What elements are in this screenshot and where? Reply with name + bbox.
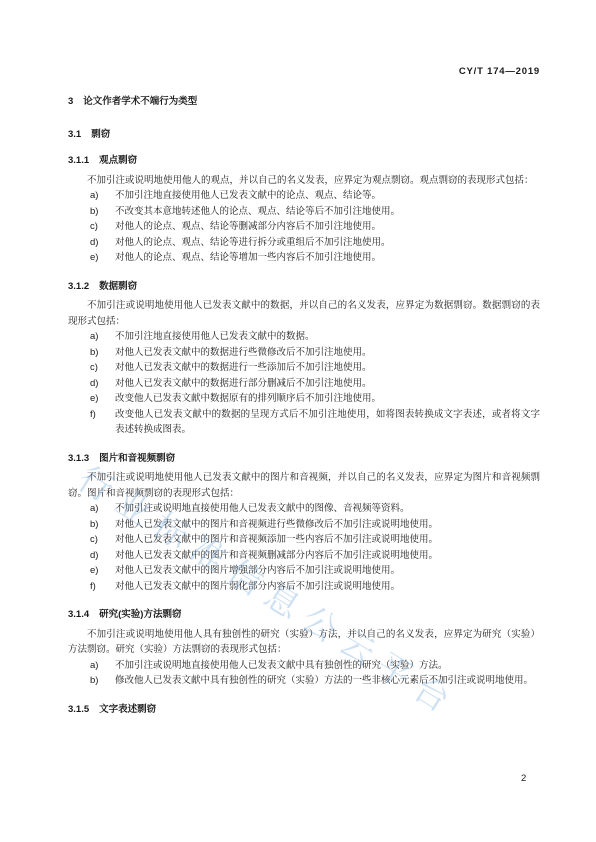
item-label: f) bbox=[90, 579, 115, 595]
subsection-title: 图片和音视频剽窃 bbox=[99, 453, 175, 464]
item-text: 不改变其本意地转述他人的论点、观点、结论等后不加引注地使用。 bbox=[115, 204, 540, 220]
item-label: a) bbox=[90, 658, 115, 674]
item-text: 对他人已发表文献中的图片和音视频添加一些内容后不加引注或说明地使用。 bbox=[115, 532, 540, 548]
item-list: a)不加引注或说明地直接使用他人已发表文献中具有独创性的研究（实验）方法。 b)… bbox=[68, 658, 540, 689]
subsection-number: 3.1.5 bbox=[68, 704, 89, 715]
item-label: b) bbox=[90, 517, 115, 533]
chapter-title: 论文作者学术不端行为类型 bbox=[83, 96, 197, 107]
item-label: d) bbox=[90, 235, 115, 251]
subsection-heading-3-1-2: 3.1.2数据剽窃 bbox=[68, 279, 540, 295]
list-item: b)对他人已发表文献中的数据进行些微修改后不加引注地使用。 bbox=[68, 345, 540, 361]
item-label: d) bbox=[90, 548, 115, 564]
subsection-number: 3.1.1 bbox=[68, 155, 89, 166]
subsection-title: 研究(实验)方法剽窃 bbox=[99, 609, 181, 620]
item-label: b) bbox=[90, 345, 115, 361]
item-list: a)不加引注地直接使用他人已发表文献中的论点、观点、结论等。 b)不改变其本意地… bbox=[68, 188, 540, 266]
subsection-heading-3-1-5: 3.1.5文字表述剽窃 bbox=[68, 702, 540, 718]
chapter-number: 3 bbox=[68, 96, 73, 107]
item-text: 对他人的论点、观点、结论等删减部分内容后不加引注地使用。 bbox=[115, 219, 540, 235]
subsection-number: 3.1.3 bbox=[68, 453, 89, 464]
paragraph: 不加引注或说明地使用他人已发表文献中的数据，并以自己的名义发表，应界定为数据剽窃… bbox=[68, 298, 540, 329]
item-text: 不加引注地直接使用他人已发表文献中的数据。 bbox=[115, 329, 540, 345]
subsection-number: 3.1.4 bbox=[68, 609, 89, 620]
item-text: 对他人已发表文献中的数据进行一些添加后不加引注地使用。 bbox=[115, 360, 540, 376]
list-item: c)对他人的论点、观点、结论等删减部分内容后不加引注地使用。 bbox=[68, 219, 540, 235]
item-text: 不加引注或说明地直接使用他人已发表文献中的图像、音视频等资料。 bbox=[115, 501, 540, 517]
item-text: 改变他人已发表文献中数据原有的排列顺序后不加引注地使用。 bbox=[115, 391, 540, 407]
item-text: 对他人已发表文献中的图片增强部分内容后不加引注或说明地使用。 bbox=[115, 563, 540, 579]
list-item: d)对他人的论点、观点、结论等进行拆分或重组后不加引注地使用。 bbox=[68, 235, 540, 251]
subsection-heading-3-1-4: 3.1.4研究(实验)方法剽窃 bbox=[68, 607, 540, 623]
page-header: CY/T 174—2019 bbox=[459, 64, 540, 79]
list-item: d)对他人已发表文献中的图片和音视频删减部分内容后不加引注或说明地使用。 bbox=[68, 548, 540, 564]
list-item: e)对他人已发表文献中的图片增强部分内容后不加引注或说明地使用。 bbox=[68, 563, 540, 579]
list-item: e)对他人的论点、观点、结论等增加一些内容后不加引注地使用。 bbox=[68, 250, 540, 266]
document-page: CY/T 174—2019 3论文作者学术不端行为类型 3.1剽窃 3.1.1观… bbox=[0, 0, 596, 842]
list-item: f)对他人已发表文献中的图片弱化部分内容后不加引注或说明地使用。 bbox=[68, 579, 540, 595]
item-label: e) bbox=[90, 391, 115, 407]
subsection-heading-3-1-1: 3.1.1观点剽窃 bbox=[68, 153, 540, 169]
chapter-heading: 3论文作者学术不端行为类型 bbox=[68, 94, 540, 110]
list-item: b)对他人已发表文献中的图片和音视频进行些微修改后不加引注或说明地使用。 bbox=[68, 517, 540, 533]
paragraph: 不加引注或说明地使用他人已发表文献中的图片和音视频，并以自己的名义发表，应界定为… bbox=[68, 470, 540, 501]
item-label: a) bbox=[90, 501, 115, 517]
item-label: c) bbox=[90, 532, 115, 548]
item-label: b) bbox=[90, 204, 115, 220]
item-label: a) bbox=[90, 188, 115, 204]
item-label: e) bbox=[90, 250, 115, 266]
item-text: 对他人已发表文献中的图片和音视频删减部分内容后不加引注或说明地使用。 bbox=[115, 548, 540, 564]
list-item: e)改变他人已发表文献中数据原有的排列顺序后不加引注地使用。 bbox=[68, 391, 540, 407]
paragraph: 不加引注或说明地使用他人的观点，并以自己的名义发表，应界定为观点剽窃。观点剽窃的… bbox=[68, 173, 540, 189]
item-label: c) bbox=[90, 219, 115, 235]
document-body: 3论文作者学术不端行为类型 3.1剽窃 3.1.1观点剽窃 不加引注或说明地使用… bbox=[68, 94, 540, 721]
list-item: b)修改他人已发表文献中具有独创性的研究（实验）方法的一些非核心元素后不加引注或… bbox=[68, 673, 540, 689]
item-text: 修改他人已发表文献中具有独创性的研究（实验）方法的一些非核心元素后不加引注或说明… bbox=[115, 673, 540, 689]
section-heading: 3.1剽窃 bbox=[68, 127, 540, 143]
item-text: 对他人已发表文献中的图片和音视频进行些微修改后不加引注或说明地使用。 bbox=[115, 517, 540, 533]
list-item: c)对他人已发表文献中的图片和音视频添加一些内容后不加引注或说明地使用。 bbox=[68, 532, 540, 548]
item-label: c) bbox=[90, 360, 115, 376]
paragraph: 不加引注或说明地使用他人具有独创性的研究（实验）方法，并以自己的名义发表，应界定… bbox=[68, 627, 540, 658]
item-text: 不加引注或说明地直接使用他人已发表文献中具有独创性的研究（实验）方法。 bbox=[115, 658, 540, 674]
item-text: 不加引注地直接使用他人已发表文献中的论点、观点、结论等。 bbox=[115, 188, 540, 204]
list-item: d)对他人已发表文献中的数据进行部分删减后不加引注地使用。 bbox=[68, 376, 540, 392]
section-number: 3.1 bbox=[68, 129, 81, 140]
list-item: b)不改变其本意地转述他人的论点、观点、结论等后不加引注地使用。 bbox=[68, 204, 540, 220]
list-item: a)不加引注地直接使用他人已发表文献中的数据。 bbox=[68, 329, 540, 345]
subsection-heading-3-1-3: 3.1.3图片和音视频剽窃 bbox=[68, 451, 540, 467]
subsection-title: 文字表述剽窃 bbox=[99, 704, 156, 715]
item-text: 对他人已发表文献中的图片弱化部分内容后不加引注或说明地使用。 bbox=[115, 579, 540, 595]
item-label: a) bbox=[90, 329, 115, 345]
list-item: a)不加引注地直接使用他人已发表文献中的论点、观点、结论等。 bbox=[68, 188, 540, 204]
standard-code: CY/T 174—2019 bbox=[459, 66, 540, 77]
item-text: 对他人的论点、观点、结论等增加一些内容后不加引注地使用。 bbox=[115, 250, 540, 266]
item-text: 对他人的论点、观点、结论等进行拆分或重组后不加引注地使用。 bbox=[115, 235, 540, 251]
subsection-number: 3.1.2 bbox=[68, 281, 89, 292]
item-label: d) bbox=[90, 376, 115, 392]
list-item: a)不加引注或说明地直接使用他人已发表文献中的图像、音视频等资料。 bbox=[68, 501, 540, 517]
subsection-title: 数据剽窃 bbox=[99, 281, 137, 292]
item-label: b) bbox=[90, 673, 115, 689]
section-title: 剽窃 bbox=[91, 129, 110, 140]
item-label: f) bbox=[90, 407, 115, 438]
list-item: c)对他人已发表文献中的数据进行一些添加后不加引注地使用。 bbox=[68, 360, 540, 376]
item-list: a)不加引注地直接使用他人已发表文献中的数据。 b)对他人已发表文献中的数据进行… bbox=[68, 329, 540, 438]
subsection-title: 观点剽窃 bbox=[99, 155, 137, 166]
item-text: 改变他人已发表文献中的数据的呈现方式后不加引注地使用，如将图表转换成文字表述，或… bbox=[115, 407, 540, 438]
list-item: f)改变他人已发表文献中的数据的呈现方式后不加引注地使用，如将图表转换成文字表述… bbox=[68, 407, 540, 438]
item-text: 对他人已发表文献中的数据进行部分删减后不加引注地使用。 bbox=[115, 376, 540, 392]
page-number: 2 bbox=[521, 771, 526, 786]
item-label: e) bbox=[90, 563, 115, 579]
list-item: a)不加引注或说明地直接使用他人已发表文献中具有独创性的研究（实验）方法。 bbox=[68, 658, 540, 674]
item-text: 对他人已发表文献中的数据进行些微修改后不加引注地使用。 bbox=[115, 345, 540, 361]
item-list: a)不加引注或说明地直接使用他人已发表文献中的图像、音视频等资料。 b)对他人已… bbox=[68, 501, 540, 594]
